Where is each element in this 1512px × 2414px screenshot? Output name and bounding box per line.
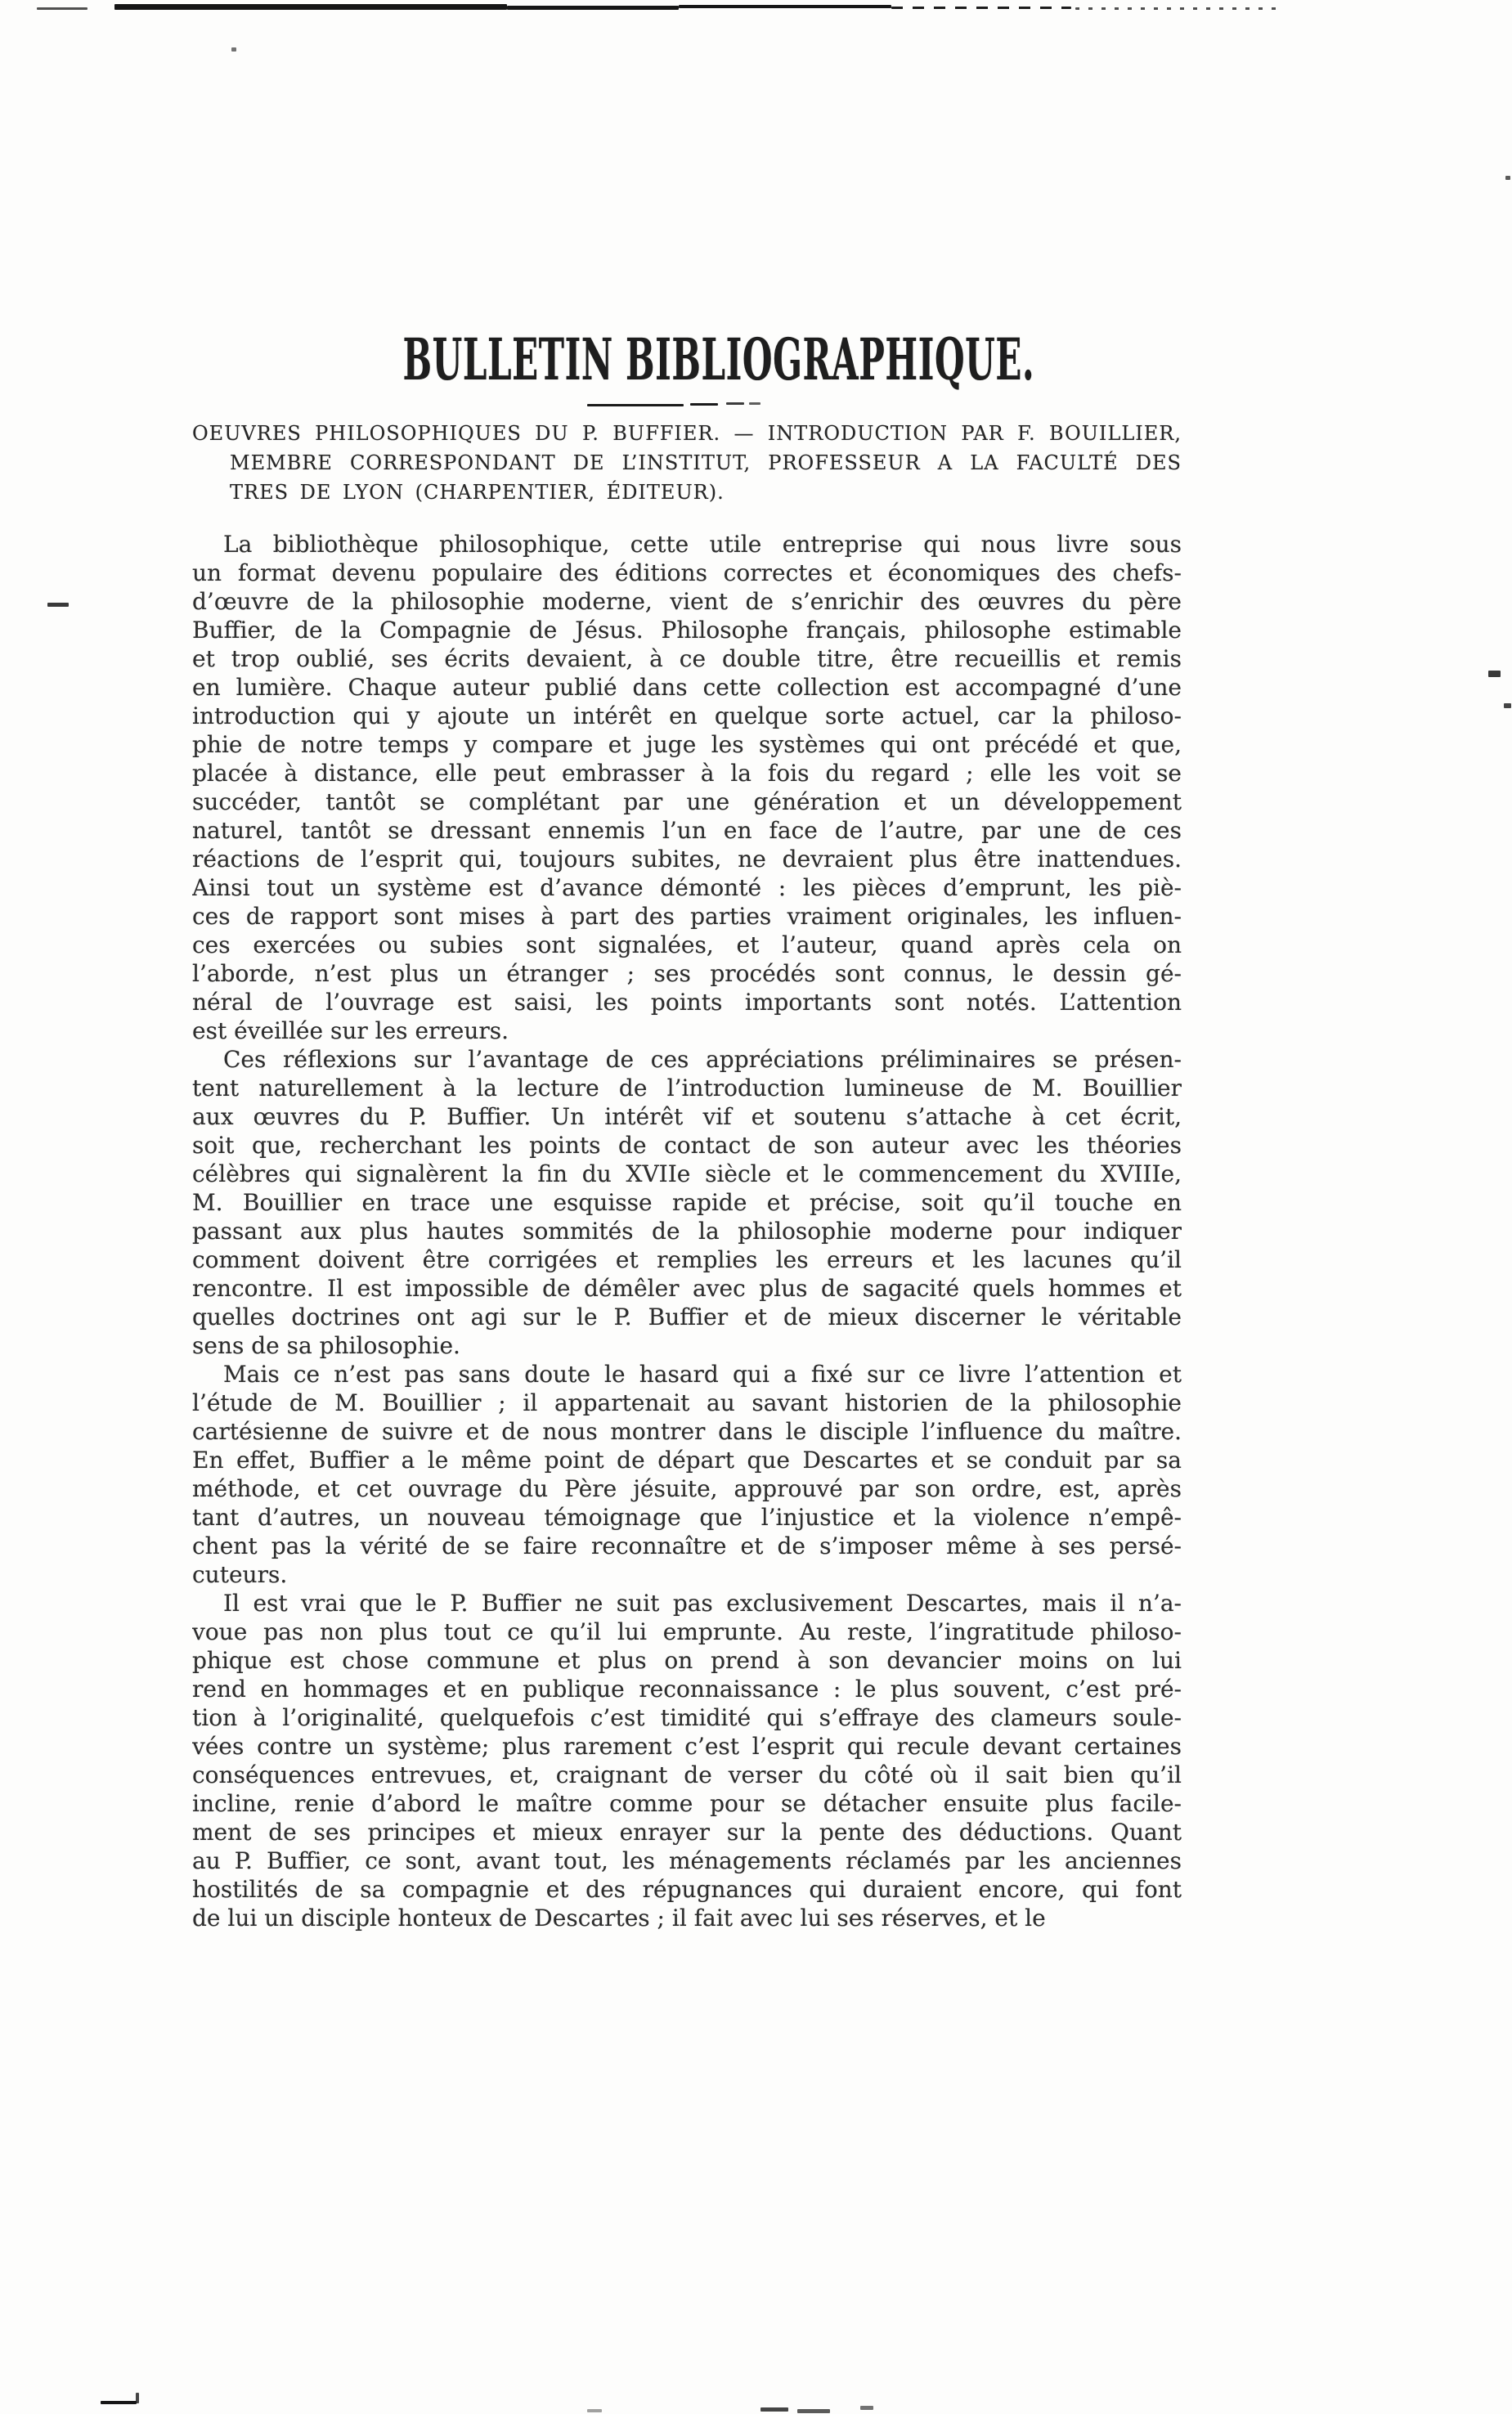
text-line: placée à distance, elle peut embrasser à…: [192, 759, 1182, 787]
text-line: est éveillée sur les erreurs.: [192, 1016, 1182, 1045]
title-rule: [587, 402, 760, 407]
text-line: cartésienne de suivre et de nous montrer…: [192, 1417, 1182, 1446]
scan-speck: [136, 2393, 139, 2403]
text-line: conséquences entrevues, et, craignant de…: [192, 1761, 1182, 1789]
scanned-page: BULLETIN BIBLIOGRAPHIQUE. OEUVRES PHILOS…: [0, 0, 1512, 2414]
text-line: néral de l’ouvrage est saisi, les points…: [192, 988, 1182, 1016]
text-line: soit que, recherchant les points de cont…: [192, 1131, 1182, 1160]
text-line: chent pas la vérité de se faire reconnaî…: [192, 1532, 1182, 1560]
text-line: rencontre. Il est impossible de démêler …: [192, 1274, 1182, 1303]
paragraph: Il est vrai que le P. Buffier ne suit pa…: [192, 1589, 1182, 1932]
text-line: naturel, tantôt se dressant ennemis l’un…: [192, 816, 1182, 845]
paragraph: Mais ce n’est pas sans doute le hasard q…: [192, 1360, 1182, 1589]
text-line: Mais ce n’est pas sans doute le hasard q…: [192, 1360, 1182, 1389]
scan-edge-line: [114, 4, 507, 10]
text-line: M. Bouillier en trace une esquisse rapid…: [192, 1188, 1182, 1217]
text-line: et trop oublié, ses écrits devaient, à c…: [192, 644, 1182, 673]
heading-line: MEMBRE CORRESPONDANT DE L’INSTITUT, PROF…: [192, 448, 1182, 478]
text-line: La bibliothèque philosophique, cette uti…: [192, 530, 1182, 559]
scan-edge-line: [101, 2401, 137, 2404]
text-line: succéder, tantôt se complétant par une g…: [192, 787, 1182, 816]
scan-edge-line: [507, 6, 679, 10]
text-line: Il est vrai que le P. Buffier ne suit pa…: [192, 1589, 1182, 1618]
rule-segment: [749, 402, 760, 405]
text-line: introduction qui y ajoute un intérêt en …: [192, 702, 1182, 730]
text-line: tant d’autres, un nouveau témoignage que…: [192, 1503, 1182, 1532]
text-line: réactions de l’esprit qui, toujours subi…: [192, 845, 1182, 873]
scan-edge-line: [37, 7, 87, 10]
text-line: Ainsi tout un système est d’avance démon…: [192, 873, 1182, 902]
text-line: ment de ses principes et mieux enrayer s…: [192, 1818, 1182, 1846]
scan-speck: [760, 2407, 788, 2412]
text-line: En effet, Buffier a le même point de dép…: [192, 1446, 1182, 1474]
scan-speck: [1504, 703, 1511, 708]
rule-segment: [587, 404, 684, 406]
rule-segment: [690, 403, 718, 406]
text-line: en lumière. Chaque auteur publié dans ce…: [192, 673, 1182, 702]
article-body: La bibliothèque philosophique, cette uti…: [192, 530, 1182, 1932]
heading-line: OEUVRES PHILOSOPHIQUES DU P. BUFFIER. — …: [192, 419, 1182, 448]
paragraph: Ces réflexions sur l’avantage de ces app…: [192, 1045, 1182, 1360]
heading-line: TRES DE LYON (CHARPENTIER, ÉDITEUR).: [192, 478, 1182, 507]
text-line: sens de sa philosophie.: [192, 1331, 1182, 1360]
text-line: Ces réflexions sur l’avantage de ces app…: [192, 1045, 1182, 1074]
text-line: voue pas non plus tout ce qu’il lui empr…: [192, 1618, 1182, 1646]
scan-speck: [47, 603, 69, 607]
scan-speck: [797, 2409, 830, 2413]
text-line: phie de notre temps y compare et juge le…: [192, 730, 1182, 759]
text-line: l’étude de M. Bouillier ; il appartenait…: [192, 1389, 1182, 1417]
title-block: BULLETIN BIBLIOGRAPHIQUE.: [192, 325, 1186, 393]
scan-speck: [1505, 176, 1510, 180]
scan-speck: [231, 47, 236, 52]
text-line: tent naturellement à la lecture de l’int…: [192, 1074, 1182, 1102]
paragraph: La bibliothèque philosophique, cette uti…: [192, 530, 1182, 1045]
section-heading: OEUVRES PHILOSOPHIQUES DU P. BUFFIER. — …: [192, 419, 1182, 507]
text-line: l’aborde, n’est plus un étranger ; ses p…: [192, 959, 1182, 988]
text-line: ces de rapport sont mises à part des par…: [192, 902, 1182, 931]
text-line: ces exercées ou subies sont signalées, e…: [192, 931, 1182, 959]
text-line: quelles doctrines ont agi sur le P. Buff…: [192, 1303, 1182, 1331]
scan-edge-line: [679, 5, 891, 8]
scan-speck: [1488, 671, 1501, 677]
text-line: aux œuvres du P. Buffier. Un intérêt vif…: [192, 1102, 1182, 1131]
text-line: d’œuvre de la philosophie moderne, vient…: [192, 587, 1182, 616]
text-line: rend en hommages et en publique reconnai…: [192, 1675, 1182, 1703]
text-line: tion à l’originalité, quelquefois c’est …: [192, 1703, 1182, 1732]
scan-edge-line: [891, 7, 1071, 9]
rule-segment: [726, 402, 744, 405]
text-line: passant aux plus hautes sommités de la p…: [192, 1217, 1182, 1245]
text-line: célèbres qui signalèrent la fin du XVIIe…: [192, 1160, 1182, 1188]
scan-speck: [587, 2409, 602, 2412]
page-title: BULLETIN BIBLIOGRAPHIQUE.: [403, 325, 1035, 393]
scan-edge-line: [1075, 7, 1280, 10]
scan-speck: [860, 2406, 873, 2410]
text-line: hostilités de sa compagnie et des répugn…: [192, 1875, 1182, 1904]
text-line: un format devenu populaire des éditions …: [192, 559, 1182, 587]
text-line: au P. Buffier, ce sont, avant tout, les …: [192, 1846, 1182, 1875]
text-line: incline, renie d’abord le maître comme p…: [192, 1789, 1182, 1818]
text-line: cuteurs.: [192, 1560, 1182, 1589]
text-line: vées contre un système; plus rarement c’…: [192, 1732, 1182, 1761]
text-line: Buffier, de la Compagnie de Jésus. Philo…: [192, 616, 1182, 644]
text-line: de lui un disciple honteux de Descartes …: [192, 1904, 1182, 1932]
text-line: phique est chose commune et plus on pren…: [192, 1646, 1182, 1675]
text-line: comment doivent être corrigées et rempli…: [192, 1245, 1182, 1274]
text-line: méthode, et cet ouvrage du Père jésuite,…: [192, 1474, 1182, 1503]
